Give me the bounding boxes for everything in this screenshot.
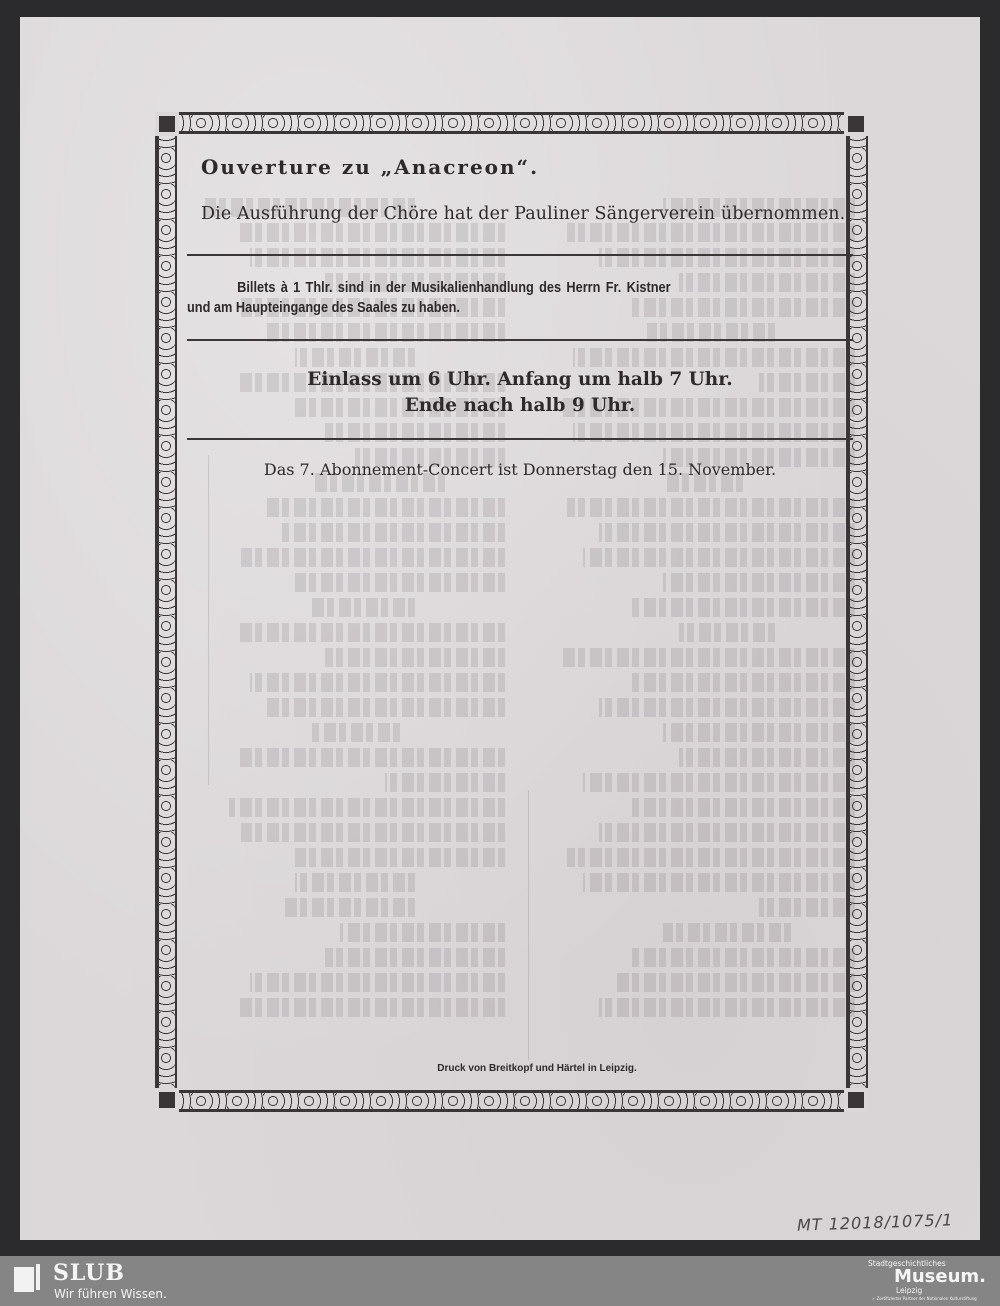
ticket-info-line-2: und am Haupteingange des Saales zu haben… [187,298,856,318]
slub-book-logo-icon [14,1264,40,1292]
ticket-info: Billets à 1 Thlr. sind in der Musikalien… [187,278,775,318]
library-name: SLUB [53,1260,125,1286]
title-work: „Anacreon“. [381,155,539,179]
schedule-line-1: Einlass um 6 Uhr. Anfang um halb 7 Uhr. [187,367,853,393]
divider [187,438,853,440]
schedule-line-2: Ende nach halb 9 Uhr. [187,393,853,419]
footer-band: SLUB Wir führen Wissen. Stadtgeschichtli… [0,1256,1000,1306]
library-tagline: Wir führen Wissen. [54,1287,167,1301]
partner-logo: Stadtgeschichtliches Museum. Leipzig ✓ Z… [868,1259,986,1301]
ticket-info-line-1: Billets à 1 Thlr. sind in der Musikalien… [187,278,906,298]
program-item-title: Ouverture zu „Anacreon“. [201,155,539,179]
partner-certification: ✓ Zertifizierter Partner der Nationalen … [868,1296,986,1301]
divider [187,339,853,341]
choir-note: Die Ausführung der Chöre hat der Pauline… [201,204,845,224]
schedule-info: Einlass um 6 Uhr. Anfang um halb 7 Uhr. … [187,367,853,419]
handwritten-shelfmark: MT 12018/1075/1 [797,1210,954,1234]
partner-name: Museum. [868,1268,986,1286]
title-prefix: Ouverture zu [201,155,372,179]
partner-city: Leipzig [868,1286,986,1295]
next-concert-note: Das 7. Abonnement-Concert ist Donnerstag… [187,460,853,479]
divider [187,254,853,256]
program-content: Ouverture zu „Anacreon“. Die Ausführung … [0,0,1000,1306]
printer-imprint: Druck von Breitkopf und Härtel in Leipzi… [187,1063,887,1074]
